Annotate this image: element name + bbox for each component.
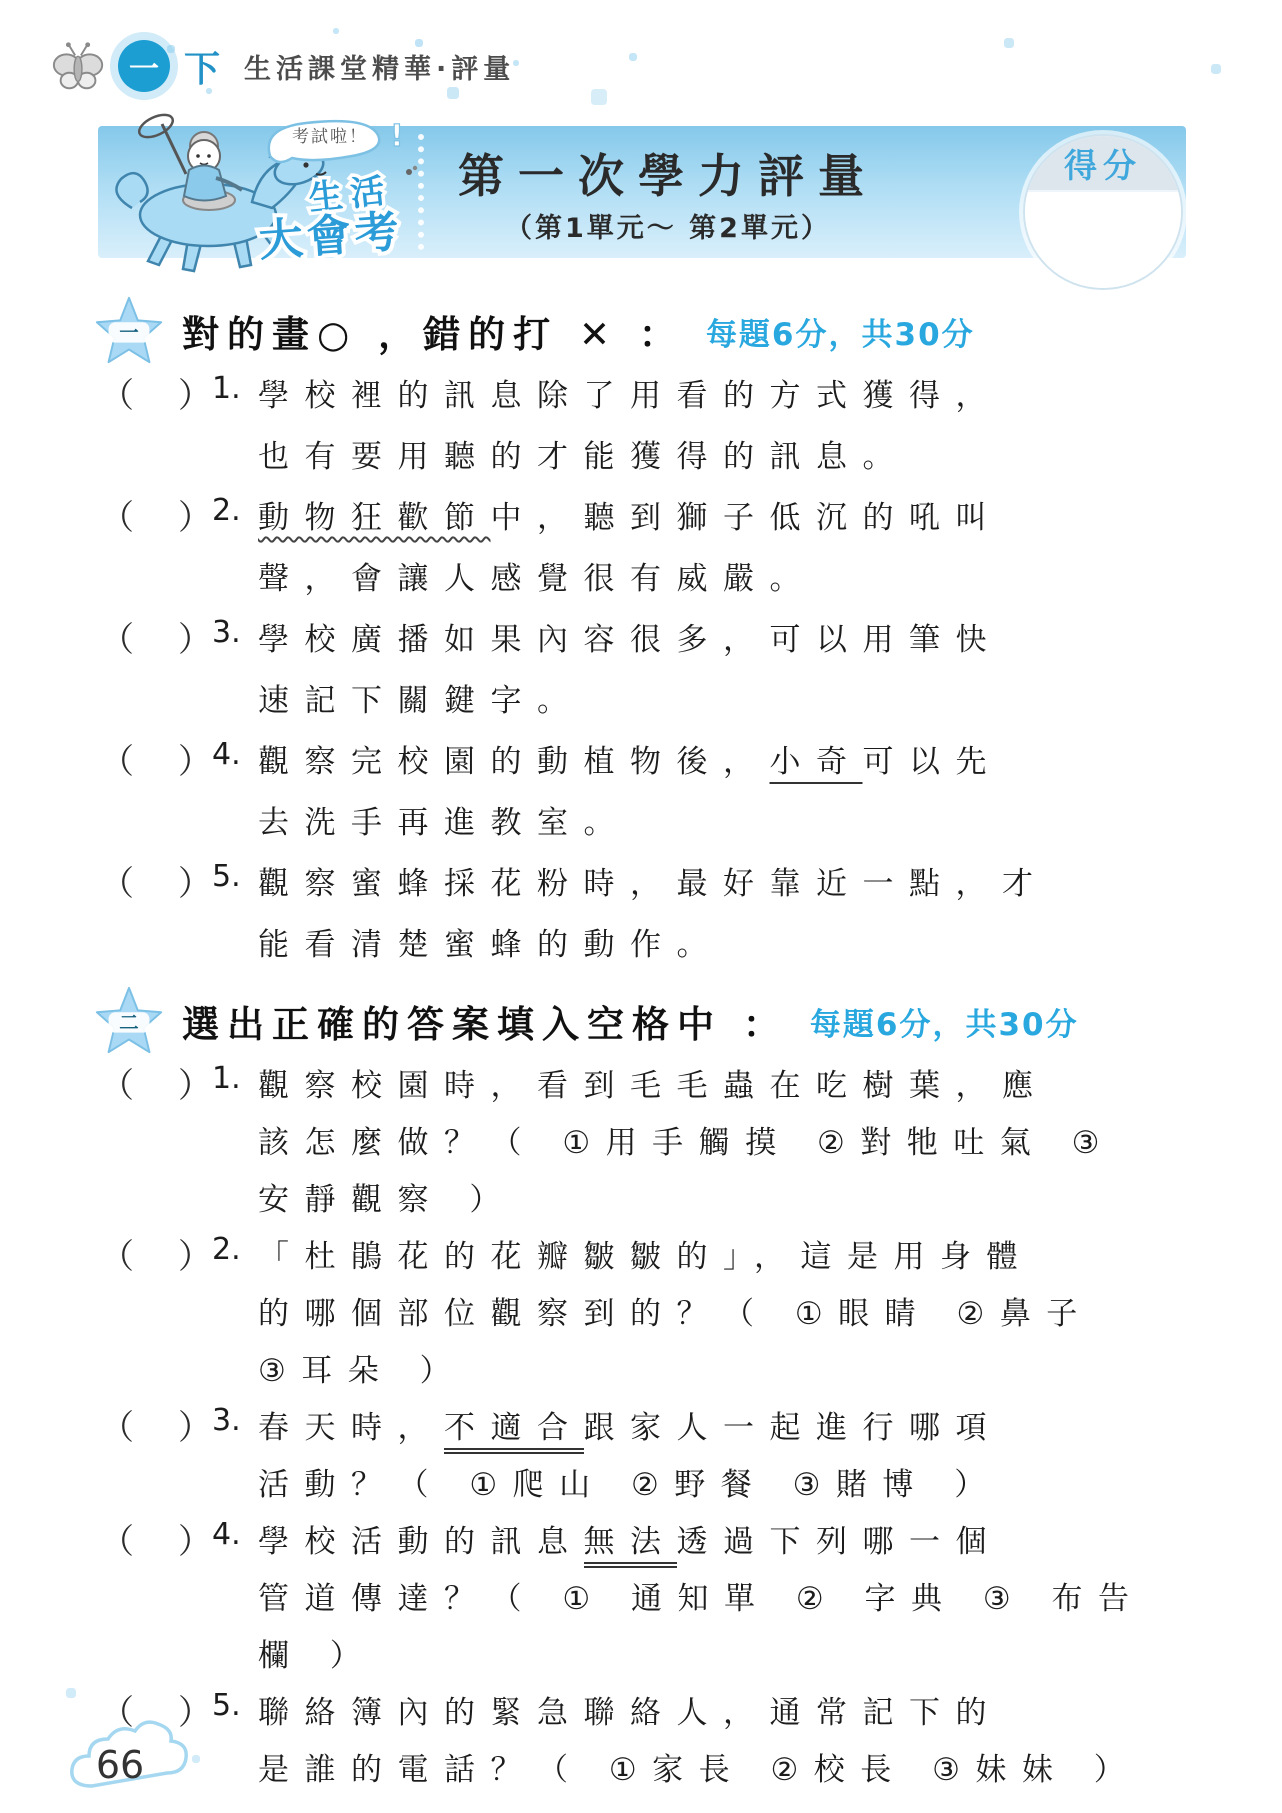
section-heading-1: 一 對的畫○ ，錯的打 ✕ ： 每題6分，共30分 <box>92 294 975 368</box>
answer-bracket: （） <box>100 610 212 661</box>
title-banner: 考試啦！ ! 生活 大會考 第一次學力評量 （第1單元～ 第2單元） 得分 <box>98 126 1186 258</box>
score-header: 得分 <box>1025 136 1181 192</box>
bracket-open: （ <box>100 1058 134 1107</box>
questions-list-1: （）1.學校裡的訊息除了用看的方式獲得，也有要用聽的才能獲得的訊息。（）2.動物… <box>100 366 1210 976</box>
section-scoring: 每題6分，共30分 <box>706 309 975 354</box>
question-line: 是誰的電話？（ ①家長 ②校長 ③妹妹 ） <box>100 1740 1210 1797</box>
question-line: 去洗手再進教室。 <box>100 793 1210 854</box>
bracket-open: （ <box>100 1229 134 1278</box>
question-line: （）5.聯絡簿內的緊急聯絡人，通常記下的 <box>100 1683 1210 1740</box>
bracket-open: （ <box>100 856 134 905</box>
question-text: 學校活動的訊息無法透過下列哪一個 <box>258 1512 1002 1561</box>
butterfly-icon <box>50 41 108 91</box>
grade-suffix: 下 <box>184 41 220 92</box>
text-segment: ③耳朵 ） <box>258 1353 466 1389</box>
text-segment: 該怎麼做？（ ①用手觸摸 ②對牠吐氣 ③ <box>258 1125 1115 1161</box>
answer-bracket: （） <box>100 732 212 783</box>
text-segment: 活動？（ ①爬山 ②野餐 ③賭博 ） <box>258 1467 1001 1503</box>
text-segment: 安靜觀察 ） <box>258 1182 516 1218</box>
question-text: 欄 ） <box>258 1626 376 1675</box>
question-text: 觀察蜜蜂採花粉時，最好靠近一點，才 <box>258 854 1049 903</box>
star-icon: 一 <box>92 294 166 368</box>
question-line: ③耳朵 ） <box>100 1341 1210 1398</box>
answer-bracket: （） <box>100 1227 212 1278</box>
text-segment: 學校活動的訊息 <box>258 1524 584 1560</box>
text-segment: 管道傳達？（ ① 通知單 ② 字典 ③ 布告 <box>258 1581 1145 1617</box>
question-text: 學校裡的訊息除了用看的方式獲得， <box>258 366 1002 415</box>
question-text: 觀察完校園的動植物後，小奇可以先 <box>258 732 1002 781</box>
question-text: 「杜鵑花的花瓣皺皺的」，這是用身體 <box>258 1227 1033 1276</box>
question-line: （）4.學校活動的訊息無法透過下列哪一個 <box>100 1512 1210 1569</box>
bracket-open: （ <box>100 612 134 661</box>
bracket-open: （ <box>100 1400 134 1449</box>
text-segment: 的哪個部位觀察到的？（ ①眼睛 ②鼻子 <box>258 1296 1093 1332</box>
question-line: （）4.觀察完校園的動植物後，小奇可以先 <box>100 732 1210 793</box>
question-number: 2. <box>212 488 258 528</box>
section-heading-2: 二 選出正確的答案填入空格中 ： 每題6分，共30分 <box>92 984 1079 1058</box>
text-segment: 觀察校園時，看到毛毛蟲在吃樹葉，應 <box>258 1068 1049 1104</box>
text-segment: 是誰的電話？（ ①家長 ②校長 ③妹妹 ） <box>258 1752 1140 1788</box>
question-text: 活動？（ ①爬山 ②野餐 ③賭博 ） <box>258 1455 1001 1504</box>
star-icon: 二 <box>92 984 166 1058</box>
bracket-close: ） <box>178 1058 212 1107</box>
question-line: （）2.「杜鵑花的花瓣皺皺的」，這是用身體 <box>100 1227 1210 1284</box>
text-segment: 春天時， <box>258 1410 444 1446</box>
bracket-close: ） <box>178 734 212 783</box>
net-icon <box>136 110 186 174</box>
text-segment: 中，聽到獅子低沉的吼叫 <box>491 500 1003 536</box>
bracket-close: ） <box>178 1229 212 1278</box>
question-text: 也有要用聽的才能獲得的訊息。 <box>258 427 909 476</box>
decor-dots <box>0 0 2 2</box>
text-segment: 速記下關鍵字。 <box>258 683 584 719</box>
section-badge: 一 <box>119 321 139 344</box>
question-text: 學校廣播如果內容很多，可以用筆快 <box>258 610 1002 659</box>
text-segment: 跟家人一起進行哪項 <box>584 1410 1003 1446</box>
text-segment: 觀察完校園的動植物後， <box>258 744 770 780</box>
section-heading-text: 對的畫○ ，錯的打 ✕ ： <box>182 304 684 358</box>
bracket-close: ） <box>178 1514 212 1563</box>
question-line: 欄 ） <box>100 1626 1210 1683</box>
section-badge: 二 <box>119 1011 139 1034</box>
text-segment: 聲，會讓人感覺很有威嚴。 <box>258 561 816 597</box>
question-number: 4. <box>212 732 258 772</box>
section-heading-text: 選出正確的答案填入空格中 ： <box>182 994 788 1048</box>
question-line: （）2.動物狂歡節中，聽到獅子低沉的吼叫 <box>100 488 1210 549</box>
section-scoring: 每題6分，共30分 <box>810 999 1079 1044</box>
answer-bracket: （） <box>100 488 212 539</box>
text-segment: 去洗手再進教室。 <box>258 805 630 841</box>
bracket-open: （ <box>100 490 134 539</box>
bracket-close: ） <box>178 368 212 417</box>
question-line: 能看清楚蜜蜂的動作。 <box>100 915 1210 976</box>
question-line: 管道傳達？（ ① 通知單 ② 字典 ③ 布告 <box>100 1569 1210 1626</box>
answer-bracket: （） <box>100 1398 212 1449</box>
question-text: 聯絡簿內的緊急聯絡人，通常記下的 <box>258 1683 1002 1732</box>
cloud-icon: 66 <box>62 1712 202 1807</box>
text-segment: 學校裡的訊息除了用看的方式獲得， <box>258 378 1002 414</box>
text-segment: 學校廣播如果內容很多，可以用筆快 <box>258 622 1002 658</box>
question-number: 5. <box>212 1683 258 1723</box>
question-number: 3. <box>212 610 258 650</box>
question-text: ③耳朵 ） <box>258 1341 466 1390</box>
text-segment: 也有要用聽的才能獲得的訊息。 <box>258 439 909 475</box>
question-line: 安靜觀察 ） <box>100 1170 1210 1227</box>
exam-subtitle: （第1單元～ 第2單元） <box>348 206 988 245</box>
question-line: 也有要用聽的才能獲得的訊息。 <box>100 427 1210 488</box>
emphasized-term: 動物狂歡節 <box>258 500 491 536</box>
question-text: 是誰的電話？（ ①家長 ②校長 ③妹妹 ） <box>258 1740 1140 1789</box>
question-text: 安靜觀察 ） <box>258 1170 516 1219</box>
question-number: 5. <box>212 854 258 894</box>
questions-list-2: （）1.觀察校園時，看到毛毛蟲在吃樹葉，應該怎麼做？（ ①用手觸摸 ②對牠吐氣 … <box>100 1056 1210 1797</box>
text-segment: 欄 ） <box>258 1638 376 1674</box>
text-segment: 透過下列哪一個 <box>677 1524 1003 1560</box>
question-text: 動物狂歡節中，聽到獅子低沉的吼叫 <box>258 488 1002 537</box>
text-segment: 可以先 <box>863 744 1003 780</box>
question-text: 觀察校園時，看到毛毛蟲在吃樹葉，應 <box>258 1056 1049 1105</box>
worksheet-page: 一 下 生活課堂精華·評量 <box>0 0 1282 1813</box>
score-blank <box>1025 192 1181 288</box>
question-line: （）3.春天時，不適合跟家人一起進行哪項 <box>100 1398 1210 1455</box>
text-segment: 觀察蜜蜂採花粉時，最好靠近一點，才 <box>258 866 1049 902</box>
question-line: 的哪個部位觀察到的？（ ①眼睛 ②鼻子 <box>100 1284 1210 1341</box>
question-line: 聲，會讓人感覺很有威嚴。 <box>100 549 1210 610</box>
page-number: 66 <box>96 1743 144 1787</box>
question-text: 的哪個部位觀察到的？（ ①眼睛 ②鼻子 <box>258 1284 1093 1333</box>
bracket-open: （ <box>100 368 134 417</box>
question-number: 1. <box>212 1056 258 1096</box>
question-line: （）5.觀察蜜蜂採花粉時，最好靠近一點，才 <box>100 854 1210 915</box>
bracket-close: ） <box>178 612 212 661</box>
question-text: 聲，會讓人感覺很有威嚴。 <box>258 549 816 598</box>
answer-bracket: （） <box>100 366 212 417</box>
question-text: 春天時，不適合跟家人一起進行哪項 <box>258 1398 1002 1447</box>
score-box: 得分 <box>1023 134 1183 290</box>
exam-title: 第一次學力評量 <box>348 140 988 206</box>
bracket-close: ） <box>178 1400 212 1449</box>
question-line: （）1.觀察校園時，看到毛毛蟲在吃樹葉，應 <box>100 1056 1210 1113</box>
answer-bracket: （） <box>100 1512 212 1563</box>
text-segment: 聯絡簿內的緊急聯絡人，通常記下的 <box>258 1695 1002 1731</box>
question-line: 活動？（ ①爬山 ②野餐 ③賭博 ） <box>100 1455 1210 1512</box>
question-text: 能看清楚蜜蜂的動作。 <box>258 915 723 964</box>
question-text: 該怎麼做？（ ①用手觸摸 ②對牠吐氣 ③ <box>258 1113 1115 1162</box>
question-line: 速記下關鍵字。 <box>100 671 1210 732</box>
answer-bracket: （） <box>100 854 212 905</box>
page-number-cloud: 66 <box>62 1712 202 1807</box>
text-segment: 能看清楚蜜蜂的動作。 <box>258 927 723 963</box>
emphasized-term: 無法 <box>584 1524 677 1568</box>
bracket-close: ） <box>178 490 212 539</box>
question-text: 去洗手再進教室。 <box>258 793 630 842</box>
series-title: 生活課堂精華·評量 <box>244 47 515 86</box>
emphasized-term: 不適合 <box>444 1410 584 1454</box>
question-text: 速記下關鍵字。 <box>258 671 584 720</box>
answer-bracket: （） <box>100 1056 212 1107</box>
question-line: 該怎麼做？（ ①用手觸摸 ②對牠吐氣 ③ <box>100 1113 1210 1170</box>
score-label: 得分 <box>1064 140 1142 187</box>
bracket-close: ） <box>178 856 212 905</box>
question-number: 3. <box>212 1398 258 1438</box>
question-line: （）1.學校裡的訊息除了用看的方式獲得， <box>100 366 1210 427</box>
question-number: 4. <box>212 1512 258 1552</box>
bracket-open: （ <box>100 734 134 783</box>
text-segment: 「杜鵑花的花瓣皺皺的」，這是用身體 <box>258 1239 1033 1275</box>
bracket-open: （ <box>100 1514 134 1563</box>
emphasized-term: 小奇 <box>770 744 863 780</box>
question-number: 2. <box>212 1227 258 1267</box>
page-header: 一 下 生活課堂精華·評量 <box>50 40 515 92</box>
question-text: 管道傳達？（ ① 通知單 ② 字典 ③ 布告 <box>258 1569 1145 1618</box>
grade-badge: 一 <box>118 40 170 92</box>
question-line: （）3.學校廣播如果內容很多，可以用筆快 <box>100 610 1210 671</box>
question-number: 1. <box>212 366 258 406</box>
